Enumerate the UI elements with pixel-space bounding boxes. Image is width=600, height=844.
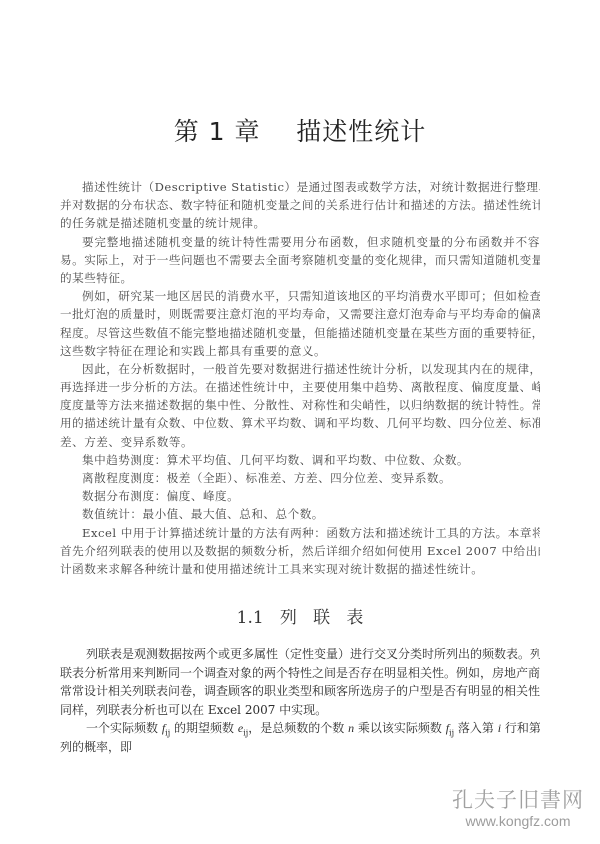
paragraph-line: 同样，列联表分析也可以在 Excel 2007 中实现。: [60, 701, 540, 720]
watermark: 孔夫子旧書网 www.kongfz.com: [448, 787, 588, 829]
paragraph-line: 要完整地描述随机变量的统计特性需要用分布函数，但求随机变量的分布函数并不容: [60, 233, 540, 251]
text-span: 一个实际频数: [86, 721, 162, 735]
paragraph-line: 常常设计相关列联表问卷，调查顾客的职业类型和顾客所选房子的户型是否有明显的相关性…: [60, 682, 540, 701]
paragraph-line: 用的描述统计量有众数、中位数、算术平均数、调和平均数、几何平均数、四分位差、标准: [60, 414, 540, 432]
paragraph-line: 一批灯泡的质量时，则既需要注意灯泡的平均寿命，又需要注意灯泡寿命与平均寿命的偏离: [60, 305, 540, 323]
paragraph-line: 描述性统计（Descriptive Statistic）是通过图表或数学方法，对…: [60, 178, 540, 196]
list-line-central-tendency: 集中趋势测度：算术平均值、几何平均数、调和平均数、中位数、众数。: [60, 451, 540, 469]
list-line-distribution: 数据分布测度：偏度、峰度。: [60, 487, 540, 505]
chapter-title: 第 1 章 描述性统计: [0, 112, 600, 148]
paragraph-line: 易。实际上，对于一些问题也不需要去全面考察随机变量的变化规律，而只需知道随机变量: [60, 251, 540, 269]
paragraph-line: 度度量等方法来描述数据的集中性、分散性、对称性和尖峭性，以归纳数据的统计特性。常: [60, 396, 540, 414]
paragraph-line: 列联表是观测数据按两个或更多属性（定性变量）进行交叉分类时所列出的频数表。列: [60, 645, 540, 664]
list-line-numeric-stats: 数值统计：最小值、最大值、总和、总个数。: [60, 505, 540, 523]
formula-paragraph-line: 一个实际频数 fij 的期望频数 eij，是总频数的个数 n 乘以该实际频数 f…: [60, 719, 540, 738]
section-title: 1.1 列 联 表: [0, 603, 600, 628]
paragraph-line: 因此，在分析数据时，一般首先要对数据进行描述性统计分析，以发现其内在的规律，: [60, 360, 540, 378]
text-span: 的期望频数: [170, 721, 238, 735]
paragraph-line: 程度。尽管这些数值不能完整地描述随机变量，但能描述随机变量在某些方面的重要特征，: [60, 324, 540, 342]
paragraph-line: 的某些特征。: [60, 269, 540, 287]
watermark-url: www.kongfz.com: [448, 813, 588, 829]
paragraph-line: 并对数据的分布状态、数字特征和随机变量之间的关系进行估计和描述的方法。描述性统计: [60, 196, 540, 214]
paragraph-line: 例如，研究某一地区居民的消费水平，只需知道该地区的平均消费水平即可；但如检查: [60, 287, 540, 305]
paragraph-line: 的任务就是描述随机变量的统计规律。: [60, 214, 540, 232]
section-text-block: 列联表是观测数据按两个或更多属性（定性变量）进行交叉分类时所列出的频数表。列 联…: [60, 645, 540, 757]
text-span: ，是总频数的个数: [248, 721, 348, 735]
paragraph-line: Excel 中用于计算描述统计量的方法有两种：函数方法和描述统计工具的方法。本章…: [60, 524, 540, 542]
document-page: 第 1 章 描述性统计 描述性统计（Descriptive Statistic）…: [0, 0, 600, 844]
text-span: 落入第: [454, 721, 498, 735]
text-span: 行和第: [501, 721, 540, 735]
paragraph-line: 计函数来求解各种统计量和使用描述统计工具来实现对统计数据的描述性统计。: [60, 560, 540, 578]
list-line-dispersion: 离散程度测度：极差（全距）、标准差、方差、四分位差、变异系数。: [60, 469, 540, 487]
paragraph-line: 首先介绍列联表的使用以及数据的频数分析，然后详细介绍如何使用 Excel 200…: [60, 542, 540, 560]
watermark-logo-text: 孔夫子旧書网: [448, 787, 588, 813]
intro-text-block: 描述性统计（Descriptive Statistic）是通过图表或数学方法，对…: [60, 178, 540, 578]
paragraph-line: 再选择进一步分析的方法。在描述性统计中，主要使用集中趋势、离散程度、偏度度量、峰: [60, 378, 540, 396]
paragraph-line: 这些数字特征在理论和实践上都具有重要的意义。: [60, 342, 540, 360]
paragraph-line: 联表分析常用来判断同一个调查对象的两个特性之间是否存在明显相关性。例如，房地产商: [60, 664, 540, 683]
text-span: 乘以该实际频数: [354, 721, 446, 735]
paragraph-line: 差、方差、变异系数等。: [60, 433, 540, 451]
paragraph-line: 列的概率，即: [60, 738, 540, 757]
